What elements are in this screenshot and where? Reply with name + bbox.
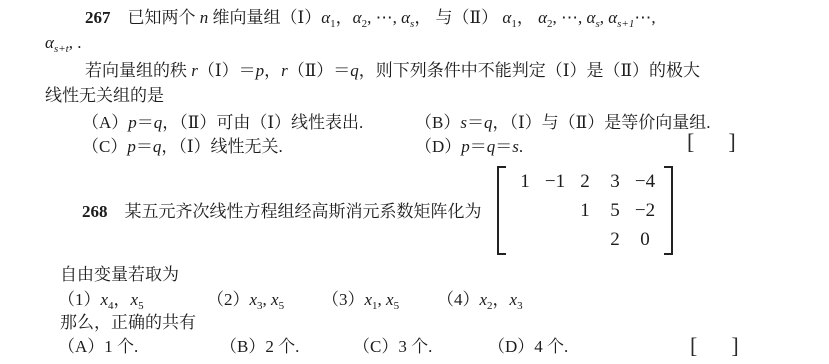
- problem-268-option-d: （D）4 个.: [488, 336, 568, 358]
- problem-268-statement: 268 某五元齐次线性方程组经高斯消元系数矩阵化为: [82, 201, 482, 223]
- answer-box-open-bracket: [: [687, 130, 694, 154]
- answer-box-close-bracket: ]: [728, 130, 735, 154]
- answer-box-open-bracket: [: [690, 334, 697, 358]
- coefficient-matrix: 1−123−415−220: [497, 166, 673, 255]
- matrix-cell: −4: [630, 171, 660, 193]
- problem-267-statement-line-3: 若向量组的秩 r（Ⅰ）＝p，r（Ⅱ）＝q，则下列条件中不能判定（Ⅰ）是（Ⅱ）的极…: [85, 60, 700, 82]
- matrix-row: 15−2: [510, 196, 660, 225]
- problem-268-option-b: （B）2 个.: [220, 336, 299, 358]
- problem-268-free-variable-title: 自由变量若取为: [60, 264, 179, 286]
- problem-268-choice-4: （4）x2，x3: [437, 289, 523, 317]
- matrix-cell: −1: [540, 171, 570, 193]
- matrix-cell: 1: [570, 200, 600, 222]
- answer-box-close-bracket: ]: [731, 334, 738, 358]
- problem-267-option-a: （A）p＝q，（Ⅱ）可由（Ⅰ）线性表出.: [82, 112, 363, 134]
- problem-267-option-b: （B）s＝q，（Ⅰ）与（Ⅱ）是等价向量组.: [415, 112, 711, 134]
- problem-268-answer-box: [ ]: [690, 334, 739, 358]
- problem-267-option-c: （C）p＝q，（Ⅰ）线性无关.: [82, 136, 283, 158]
- matrix-cell: 3: [600, 171, 630, 193]
- problem-267-statement-line-2: αs+t, .: [45, 32, 81, 60]
- problem-267-statement-line-1: 267 已知两个 n 维向量组（Ⅰ）α1，α2, ⋯, αs， 与（Ⅱ） α1，…: [85, 7, 656, 35]
- matrix-cell: 2: [570, 171, 600, 193]
- problem-268-option-a: （A）1 个.: [58, 336, 138, 358]
- matrix-cell: 0: [630, 229, 660, 251]
- problem-267-answer-box: [ ]: [687, 130, 736, 154]
- problem-268-choice-2: （2）x3, x5: [207, 289, 284, 317]
- matrix-cell: 2: [600, 229, 630, 251]
- matrix-cell: −2: [630, 200, 660, 222]
- matrix-right-bracket: [664, 166, 673, 255]
- problem-268-choice-3: （3）x1, x5: [322, 289, 399, 317]
- matrix-row: 20: [510, 225, 660, 254]
- matrix-cell: 5: [600, 200, 630, 222]
- matrix-row: 1−123−4: [510, 167, 660, 196]
- problem-267-statement-line-4: 线性无关组的是: [45, 85, 164, 107]
- matrix-body: 1−123−415−220: [506, 166, 664, 255]
- problem-268-option-c: （C）3 个.: [353, 336, 432, 358]
- problem-267-option-d: （D）p＝q＝s.: [415, 136, 523, 158]
- problem-268-conclusion: 那么，正确的共有: [60, 312, 196, 334]
- document-page: 267 已知两个 n 维向量组（Ⅰ）α1，α2, ⋯, αs， 与（Ⅱ） α1，…: [0, 0, 829, 364]
- matrix-left-bracket: [497, 166, 506, 255]
- matrix-cell: 1: [510, 171, 540, 193]
